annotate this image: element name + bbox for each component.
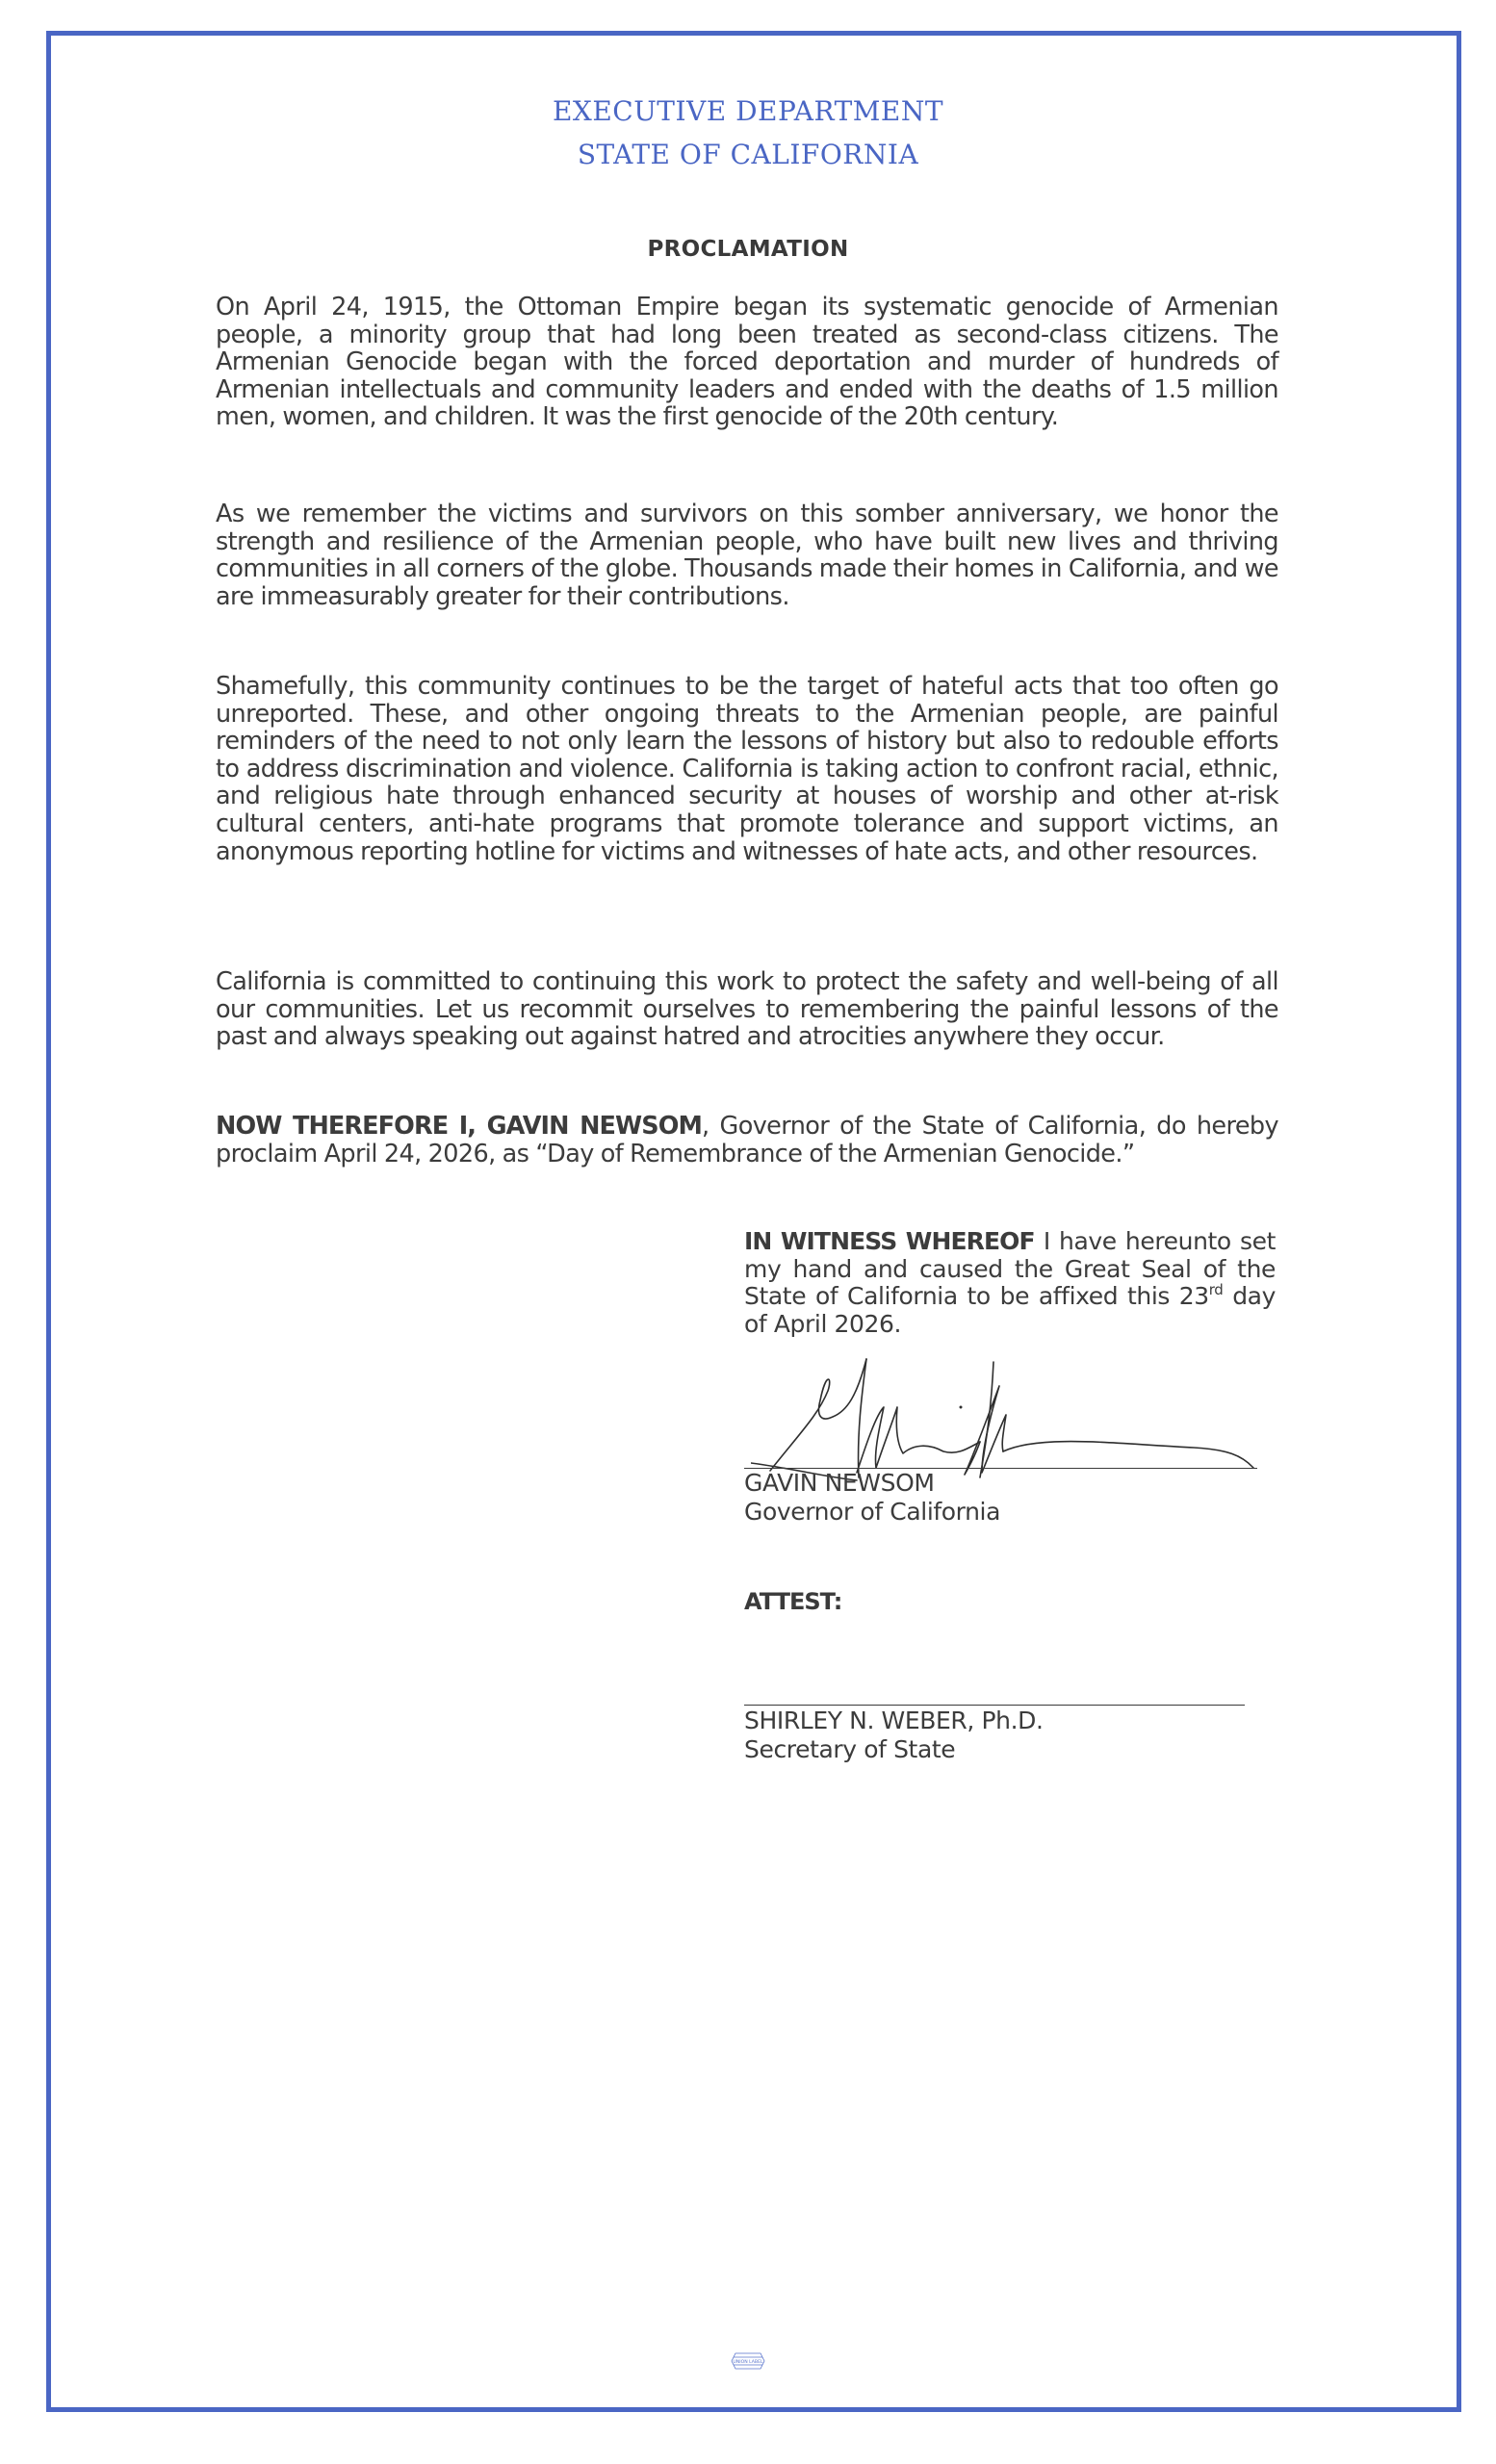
document-title: PROCLAMATION	[0, 237, 1496, 262]
signatory-title: Governor of California	[744, 1498, 1000, 1527]
witness-day-suffix: rd	[1209, 1281, 1224, 1298]
svg-text:UNION LABEL: UNION LABEL	[733, 2359, 763, 2365]
union-label-bug-icon: UNION LABEL	[730, 2351, 766, 2371]
witness-block: IN WITNESS WHEREOF I have hereunto set m…	[744, 1228, 1276, 1338]
proclamation-lead: NOW THEREFORE I, GAVIN NEWSOM	[216, 1112, 702, 1141]
signatory-name: GAVIN NEWSOM	[744, 1469, 935, 1498]
paragraph-commitment: California is committed to continuing th…	[216, 968, 1278, 1051]
attest-name: SHIRLEY N. WEBER, Ph.D.	[744, 1707, 1044, 1735]
witness-lead: IN WITNESS WHEREOF	[744, 1227, 1035, 1255]
header-executive-department: EXECUTIVE DEPARTMENT	[0, 90, 1496, 133]
paragraph-history: On April 24, 1915, the Ottoman Empire be…	[216, 294, 1278, 431]
header-state-of-california: STATE OF CALIFORNIA	[0, 134, 1496, 176]
attest-label: ATTEST:	[744, 1588, 841, 1615]
paragraph-remembrance: As we remember the victims and survivors…	[216, 500, 1278, 610]
attest-title: Secretary of State	[744, 1735, 955, 1764]
attest-signature-line	[744, 1705, 1245, 1706]
paragraph-hate-acts: Shamefully, this community continues to …	[216, 673, 1278, 865]
paragraph-proclamation: NOW THEREFORE I, GAVIN NEWSOM, Governor …	[216, 1113, 1278, 1168]
